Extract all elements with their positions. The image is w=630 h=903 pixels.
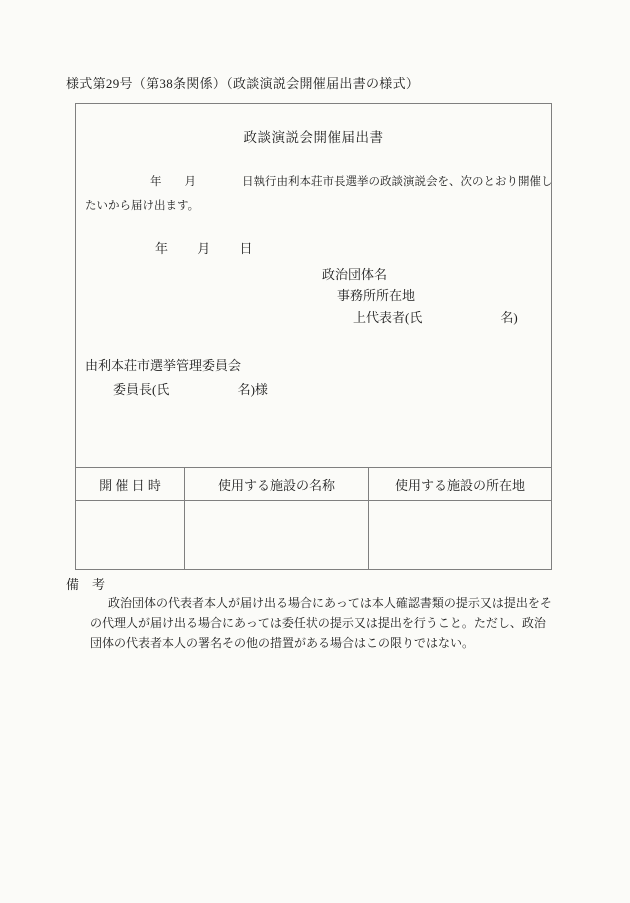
remarks-line-2: の代理人が届け出る場合にあっては委任状の提示又は提出を行うこと。ただし、政治: [90, 616, 546, 630]
form-number-label: 様式第29号（第38条関係）（政談演説会開催届出書の様式）: [66, 76, 419, 92]
opening-statement-line-1: 年 月 日執行由利本荘市長選挙の政談演説会を、次のとおり開催し: [150, 176, 553, 190]
cell-facility-name-empty: [184, 501, 368, 569]
remarks-line-1: 政治団体の代表者本人が届け出る場合にあっては本人確認書類の提示又は提出をそ: [108, 596, 552, 610]
representative-name-label: 上代表者(氏 名): [353, 310, 518, 326]
remarks-line-3: 団体の代表者本人の署名その他の措置がある場合はこの限りではない。: [90, 636, 474, 650]
document-page: 様式第29号（第38条関係）（政談演説会開催届出書の様式） 政談演説会開催届出書…: [0, 0, 630, 903]
election-commission-name: 由利本荘市選挙管理委員会: [85, 358, 241, 374]
office-address-label: 事務所所在地: [337, 288, 415, 304]
remarks-label: 備 考: [66, 577, 105, 593]
submission-date-line: 年 月 日: [155, 241, 253, 257]
cell-date-time-empty: [76, 501, 184, 569]
political-org-name-label: 政治団体名: [322, 267, 387, 283]
form-title: 政談演説会開催届出書: [76, 130, 551, 146]
opening-statement-line-2: たいから届け出ます。: [85, 200, 199, 214]
schedule-table: 開 催 日 時 使用する施設の名称 使用する施設の所在地: [75, 467, 552, 570]
chairperson-addressee-line: 委員長(氏 名)様: [113, 382, 268, 398]
col-header-facility-address: 使用する施設の所在地: [368, 468, 551, 501]
cell-facility-address-empty: [368, 501, 551, 569]
col-header-facility-name: 使用する施設の名称: [184, 468, 368, 501]
col-header-date-time: 開 催 日 時: [76, 468, 184, 501]
form-box: 政談演説会開催届出書 年 月 日執行由利本荘市長選挙の政談演説会を、次のとおり開…: [75, 103, 552, 570]
